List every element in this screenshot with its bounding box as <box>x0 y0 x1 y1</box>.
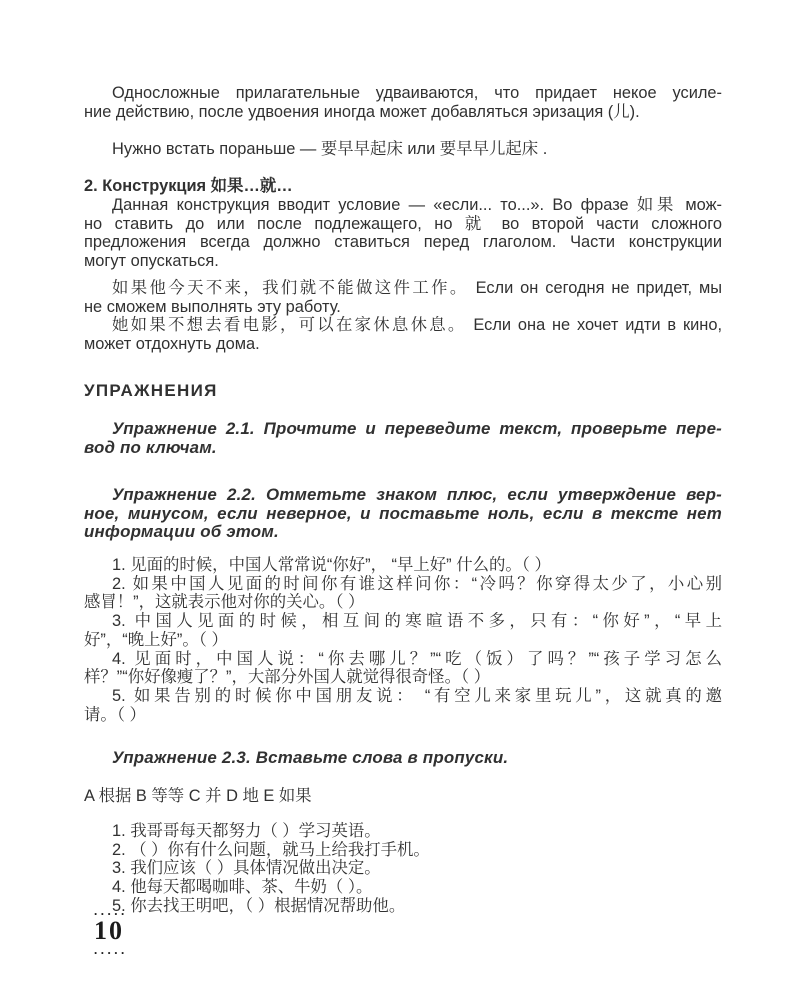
exercise-2-2-heading: Упражнение 2.2. Отметьте знаком плюс, ес… <box>84 486 722 542</box>
text-line: ное, минусом, если неверное, и поставьте… <box>84 505 722 524</box>
text-line: ние действию, после удвоения иногда може… <box>84 103 722 122</box>
text-line: информации об этом. <box>84 523 722 542</box>
exercise-2-2-items: 1. 见面的时候，中国人常常说“你好”， “早上好” 什么的。（ ）2. 如果中… <box>84 556 722 724</box>
page-footer: ..... 10 ..... <box>94 907 128 954</box>
list-item: 如果他今天不来，我们就不能做这件工作。 Если он сегодня не п… <box>84 279 722 316</box>
text-line: Упражнение 2.1. Прочтите и переведите те… <box>84 420 722 439</box>
list-item: 1. 我哥哥每天都努力（ ）学习英语。 <box>84 822 722 841</box>
text-line: Данная конструкция вводит условие — «есл… <box>84 196 722 215</box>
text-line: 好”，“晚上好”。（ ） <box>84 631 722 650</box>
list-item: 3. 我们应该（ ）具体情况做出决定。 <box>84 859 722 878</box>
text-line: не сможем выполнять эту работу. <box>84 298 722 317</box>
text-line: 3. 中国人见面的时候，相互间的寒暄语不多，只有：“你好”，“早上 <box>84 612 722 631</box>
exercise-2-3-heading: Упражнение 2.3. Вставьте слова в пропуск… <box>84 749 722 768</box>
text-line: Упражнение 2.3. Вставьте слова в пропуск… <box>84 749 722 768</box>
text-line: 她如果不想去看电影，可以在家休息休息。 Если она не хочет ид… <box>84 316 722 335</box>
text-line: 5. 如果告别的时候你中国朋友说： “有空儿来家里玩儿”，这就真的邀 <box>84 687 722 706</box>
list-item: 3. 中国人见面的时候，相互间的寒暄语不多，只有：“你好”，“早上好”，“晚上好… <box>84 612 722 649</box>
dots-bottom: ..... <box>94 946 128 954</box>
list-item: 2. （ ）你有什么问题，就马上给我打手机。 <box>84 841 722 860</box>
list-item: 她如果不想去看电影，可以在家休息休息。 Если она не хочет ид… <box>84 316 722 353</box>
list-item: 5. 你去找王明吧，（ ）根据情况帮助他。 <box>84 897 722 916</box>
exercise-2-3-items: 1. 我哥哥每天都努力（ ）学习英语。2. （ ）你有什么问题，就马上给我打手机… <box>84 822 722 916</box>
text-line: 4. 他每天都喝咖啡、茶、牛奶（ ）。 <box>84 878 722 897</box>
text-line: 2. （ ）你有什么问题，就马上给我打手机。 <box>84 841 722 860</box>
construction-examples: 如果他今天不来，我们就不能做这件工作。 Если он сегодня не п… <box>84 279 722 354</box>
text-line: 感冒！”，这就表示他对你的关心。（ ） <box>84 593 722 612</box>
text-line: может отдохнуть дома. <box>84 335 722 354</box>
text-line: Односложные прилагательные удваиваются, … <box>84 84 722 103</box>
reduplication-example: Нужно встать пораньше — 要早早起床 или 要早早儿起床… <box>84 140 722 159</box>
exercises-title: УПРАЖНЕНИЯ <box>84 382 722 401</box>
text-line: 3. 我们应该（ ）具体情况做出决定。 <box>84 859 722 878</box>
section-2-paragraph: Данная конструкция вводит условие — «есл… <box>84 196 722 271</box>
text-line: могут опускаться. <box>84 252 722 271</box>
intro-paragraph: Односложные прилагательные удваиваются, … <box>84 84 722 121</box>
text-line: но ставить до или после подлежащего, но … <box>84 215 722 234</box>
dots-top: ..... <box>94 907 128 915</box>
text-line: 4. 见面时，中国人说：“你去哪儿？”“吃（饭）了吗？”“孩子学习怎么 <box>84 650 722 669</box>
exercise-2-1-heading: Упражнение 2.1. Прочтите и переведите те… <box>84 420 722 457</box>
list-item: 4. 见面时，中国人说：“你去哪儿？”“吃（饭）了吗？”“孩子学习怎么样？”“你… <box>84 650 722 687</box>
list-item: 4. 他每天都喝咖啡、茶、牛奶（ ）。 <box>84 878 722 897</box>
text-line: 1. 我哥哥每天都努力（ ）学习英语。 <box>84 822 722 841</box>
text-line: 2. 如果中国人见面的时间你有谁这样问你：“冷吗？你穿得太少了，小心别 <box>84 575 722 594</box>
text-line: Упражнение 2.2. Отметьте знаком плюс, ес… <box>84 486 722 505</box>
list-item: 5. 如果告别的时候你中国朋友说： “有空儿来家里玩儿”，这就真的邀请。（ ） <box>84 687 722 724</box>
text-line: предложения всегда должно ставиться пере… <box>84 233 722 252</box>
section-2-heading: 2. Конструкция 如果…就… <box>84 177 722 196</box>
text-line: 请。（ ） <box>84 706 722 725</box>
text-line: 5. 你去找王明吧，（ ）根据情况帮助他。 <box>84 897 722 916</box>
exercise-2-3-options: A 根据 B 等等 C 并 D 地 E 如果 <box>84 787 722 806</box>
text-line: вод по ключам. <box>84 439 722 458</box>
list-item: 2. 如果中国人见面的时间你有谁这样问你：“冷吗？你穿得太少了，小心别感冒！”，… <box>84 575 722 612</box>
text-line: 样？”“你好像瘦了？”，大部分外国人就觉得很奇怪。（ ） <box>84 668 722 687</box>
text-line: 如果他今天不来，我们就不能做这件工作。 Если он сегодня не п… <box>84 279 722 298</box>
list-item: 1. 见面的时候，中国人常常说“你好”， “早上好” 什么的。（ ） <box>84 556 722 575</box>
book-page: Односложные прилагательные удваиваются, … <box>0 0 800 1000</box>
text-line: Нужно встать пораньше — 要早早起床 или 要早早儿起床… <box>84 140 722 159</box>
text-line: 1. 见面的时候，中国人常常说“你好”， “早上好” 什么的。（ ） <box>84 556 722 575</box>
